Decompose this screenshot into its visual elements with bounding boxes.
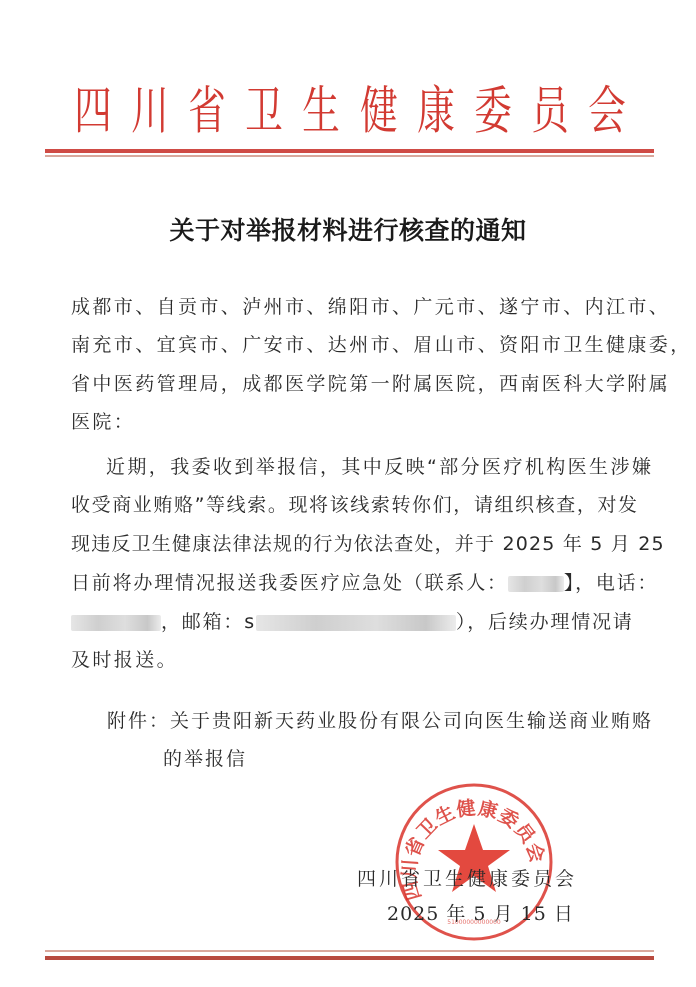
redacted-contact-name <box>508 576 564 592</box>
recipients-line: 成都市、自贡市、泸州市、绵阳市、广元市、遂宁市、内江市、 <box>71 295 670 319</box>
letterhead-title: 四 川 省 卫 生 健 康 委 员 会 <box>70 72 630 142</box>
signature-organization: 四川省卫生健康委员会 <box>357 864 577 891</box>
document-title: 关于对举报材料进行核查的通知 <box>0 211 696 247</box>
contact-line: 日前将办理情况报送我委医疗应急处（联系人：】，电话： <box>71 571 658 595</box>
footer-rule-thin <box>45 950 654 952</box>
letterhead-char: 会 <box>588 70 626 144</box>
redacted-phone <box>71 615 161 631</box>
contact-line-suffix: 】，电话： <box>564 572 659 594</box>
letterhead-char: 卫 <box>245 70 283 144</box>
redacted-email <box>256 615 456 631</box>
letterhead-char: 健 <box>360 70 398 144</box>
email-label: ，邮箱：s <box>161 611 256 633</box>
contact-line-prefix: 日前将办理情况报送我委医疗应急处（联系人： <box>71 572 508 594</box>
phone-email-line: ，邮箱：s），后续办理情况请 <box>71 610 634 634</box>
letterhead-char: 省 <box>188 70 226 144</box>
closing-line: 及时报送。 <box>71 648 178 672</box>
letterhead-char: 员 <box>531 70 569 144</box>
attachment-label: 附件：关于贵阳新天药业股份有限公司向医生输送商业贿赂 <box>107 709 653 733</box>
phone-line-suffix: ），后续办理情况请 <box>456 611 634 633</box>
letterhead-char: 四 <box>74 70 112 144</box>
recipients-line: 省中医药管理局，成都医学院第一附属医院，西南医科大学附属 <box>71 372 670 396</box>
footer-rule-thick <box>45 956 654 960</box>
body-line: 现违反卫生健康法律法规的行为依法查处，并于 2025 年 5 月 25 <box>71 532 665 556</box>
body-line: 收受商业贿赂”等线索。现将该线索转你们，请组织核查，对发 <box>71 493 639 517</box>
letterhead-rule-thick <box>45 149 654 153</box>
body-line: 近期，我委收到举报信，其中反映“部分医疗机构医生涉嫌 <box>106 455 653 479</box>
signature-date: 2025 年 5 月 15 日 <box>387 899 574 926</box>
recipients-line: 医院： <box>71 410 135 434</box>
recipients-line: 南充市、宜宾市、广安市、达州市、眉山市、资阳市卫生健康委， <box>71 333 692 357</box>
letterhead-char: 委 <box>474 70 512 144</box>
letterhead-rule-thin <box>45 155 654 157</box>
letterhead-char: 康 <box>417 70 455 144</box>
letterhead-char: 川 <box>131 70 169 144</box>
attachment-continuation: 的举报信 <box>163 747 247 771</box>
letterhead-char: 生 <box>303 70 341 144</box>
